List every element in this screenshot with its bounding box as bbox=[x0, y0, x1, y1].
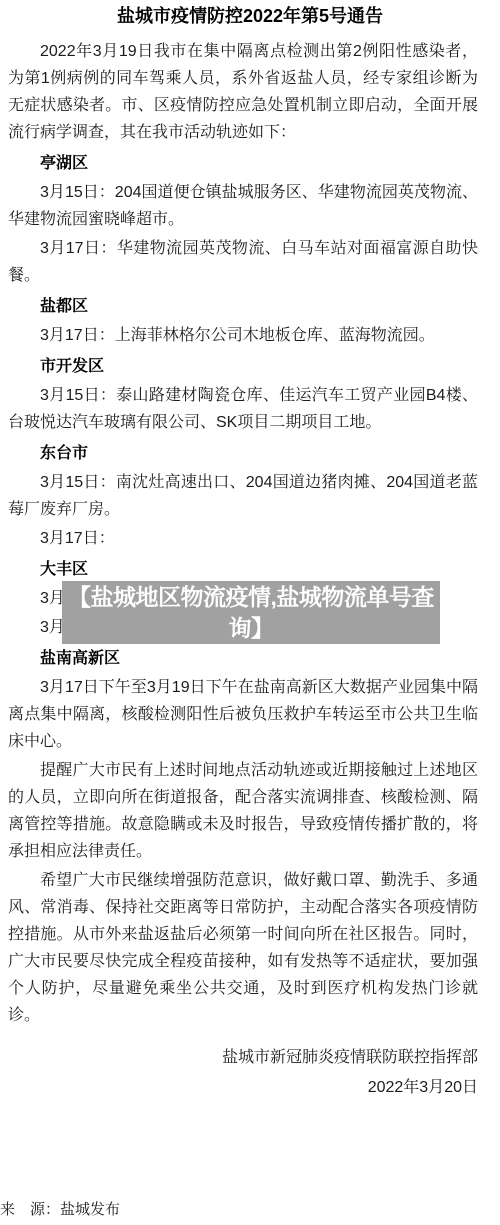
section-heading: 盐都区 bbox=[8, 293, 478, 320]
section-heading: 东台市 bbox=[8, 440, 478, 467]
paragraph: 提醒广大市民有上述时间地点活动轨迹或近期接触过上述地区的人员，立即向所在街道报备… bbox=[8, 757, 478, 865]
paragraph: 希望广大市民继续增强防范意识，做好戴口罩、勤洗手、多通风、常消毒、保持社交距离等… bbox=[8, 867, 478, 1029]
signature-date: 2022年3月20日 bbox=[0, 1073, 478, 1103]
section-heading: 盐南高新区 bbox=[8, 645, 478, 672]
signature-block: 盐城市新冠肺炎疫情联防联控指挥部 2022年3月20日 bbox=[0, 1043, 500, 1103]
notice-title: 盐城市疫情防控2022年第5号通告 bbox=[0, 0, 500, 28]
paragraph: 3月17日：华建物流园英茂物流、白马车站对面福富源自助快餐。 bbox=[8, 235, 478, 289]
section-heading: 亭湖区 bbox=[8, 150, 478, 177]
paragraph: 3月15日：南沈灶高速出口、204国道边猪肉摊、204国道老蓝莓厂废弃厂房。 bbox=[8, 469, 478, 523]
notice-body: 2022年3月19日我市在集中隔离点检测出第2例阳性感染者，为第1例病例的同车驾… bbox=[0, 28, 500, 1029]
paragraph: 3月15日：泰山路建材陶瓷仓库、佳运汽车工贸产业园B4楼、台玻悦达汽车玻璃有限公… bbox=[8, 382, 478, 436]
section-heading: 大丰区 bbox=[8, 556, 478, 583]
signature-org: 盐城市新冠肺炎疫情联防联控指挥部 bbox=[0, 1043, 478, 1073]
watermark-overlay[interactable]: 【盐城地区物流疫情,盐城物流单号查询】 bbox=[62, 581, 440, 644]
notice-page: 盐城市疫情防控2022年第5号通告 2022年3月19日我市在集中隔离点检测出第… bbox=[0, 0, 500, 1225]
paragraph: 3月17日：上海菲林格尔公司木地板仓库、蓝海物流园。 bbox=[8, 322, 478, 349]
paragraph: 3月15日：204国道便仓镇盐城服务区、华建物流园英茂物流、华建物流园蜜晓峰超市… bbox=[8, 179, 478, 233]
source-line: 来 源：盐城发布 bbox=[0, 1198, 120, 1219]
section-heading: 市开发区 bbox=[8, 353, 478, 380]
watermark-text: 【盐城地区物流疫情,盐城物流单号查 bbox=[68, 582, 434, 613]
paragraph: 3月17日： bbox=[8, 525, 478, 552]
paragraph: 3月17日下午至3月19日下午在盐南高新区大数据产业园集中隔离点集中隔离，核酸检… bbox=[8, 674, 478, 755]
paragraph: 2022年3月19日我市在集中隔离点检测出第2例阳性感染者，为第1例病例的同车驾… bbox=[8, 38, 478, 146]
watermark-text: 询】 bbox=[229, 613, 274, 644]
